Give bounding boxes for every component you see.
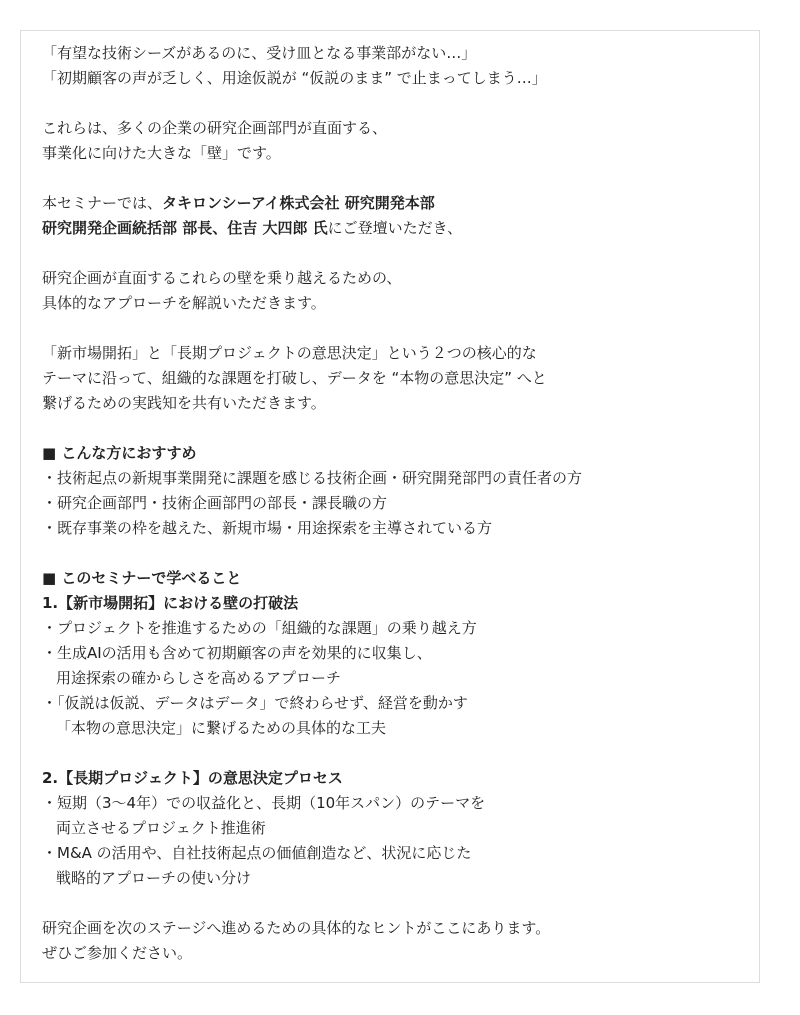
learn-section-1-line: ・プロジェクトを推進するための「組織的な課題」の乗り越え方 [42, 616, 749, 641]
spacer [42, 91, 749, 116]
audience-item: ・既存事業の枠を越えた、新規市場・用途探索を主導されている方 [42, 516, 749, 541]
audience-heading: ■ こんな方におすすめ [42, 441, 749, 466]
seminar-description-box: 「有望な技術シーズがあるのに、受け皿となる事業部がない…」 「初期顧客の声が乏し… [20, 30, 760, 983]
intro-paragraph-3-line-1: 研究企画が直面するこれらの壁を乗り越えるための、 [42, 266, 749, 291]
learn-section-2-line: ・M&A の活用や、自社技術起点の価値創造など、状況に応じた [42, 841, 749, 866]
learn-section-1-line: 「本物の意思決定」に繋げるための具体的な工夫 [42, 716, 749, 741]
learn-section-2-line: 戦略的アプローチの使い分け [42, 866, 749, 891]
speaker-name-title: 研究開発企画統括部 部長、住吉 大四郎 氏 [42, 219, 328, 237]
spacer [42, 416, 749, 441]
speaker-intro-line-2: 研究開発企画統括部 部長、住吉 大四郎 氏にご登壇いただき、 [42, 216, 749, 241]
intro-paragraph-4-line-3: 繋げるための実践知を共有いただきます。 [42, 391, 749, 416]
closing-line-1: 研究企画を次のステージへ進めるための具体的なヒントがここにあります。 [42, 916, 749, 941]
intro-quote-2: 「初期顧客の声が乏しく、用途仮説が “仮説のまま” で止まってしまう…」 [42, 66, 749, 91]
spacer [42, 316, 749, 341]
learn-section-1-title: 1.【新市場開拓】における壁の打破法 [42, 591, 749, 616]
learn-section-1-line: 用途探索の確からしさを高めるアプローチ [42, 666, 749, 691]
spacer [42, 166, 749, 191]
learn-section-2-line: ・短期（3〜4年）での収益化と、長期（10年スパン）のテーマを [42, 791, 749, 816]
learn-section-1-line: ・生成AIの活用も含めて初期顧客の声を効果的に収集し、 [42, 641, 749, 666]
learn-section-2-line: 両立させるプロジェクト推進術 [42, 816, 749, 841]
spacer [42, 741, 749, 766]
spacer [42, 891, 749, 916]
audience-item: ・技術起点の新規事業開発に課題を感じる技術企画・研究開発部門の責任者の方 [42, 466, 749, 491]
intro-paragraph-4-line-1: 「新市場開拓」と「長期プロジェクトの意思決定」という２つの核心的な [42, 341, 749, 366]
intro-quote-1: 「有望な技術シーズがあるのに、受け皿となる事業部がない…」 [42, 41, 749, 66]
intro-paragraph-1-line-2: 事業化に向けた大きな「壁」です。 [42, 141, 749, 166]
learn-section-2-title: 2.【長期プロジェクト】の意思決定プロセス [42, 766, 749, 791]
intro-paragraph-4-line-2: テーマに沿って、組織的な課題を打破し、データを “本物の意思決定” へと [42, 366, 749, 391]
closing-line-2: ぜひご参加ください。 [42, 941, 749, 966]
speaker-intro-line-1: 本セミナーでは、タキロンシーアイ株式会社 研究開発本部 [42, 191, 749, 216]
spacer [42, 541, 749, 566]
learn-heading: ■ このセミナーで学べること [42, 566, 749, 591]
spacer [42, 241, 749, 266]
learn-section-1-line: ・「仮説は仮説、データはデータ」で終わらせず、経営を動かす [42, 691, 749, 716]
speaker-intro-prefix: 本セミナーでは、 [42, 194, 162, 212]
intro-paragraph-1-line-1: これらは、多くの企業の研究企画部門が直面する、 [42, 116, 749, 141]
audience-item: ・研究企画部門・技術企画部門の部長・課長職の方 [42, 491, 749, 516]
speaker-intro-suffix: にご登壇いただき、 [328, 219, 462, 237]
seminar-description: 「有望な技術シーズがあるのに、受け皿となる事業部がない…」 「初期顧客の声が乏し… [42, 41, 749, 966]
intro-paragraph-3-line-2: 具体的なアプローチを解説いただきます。 [42, 291, 749, 316]
speaker-company: タキロンシーアイ株式会社 研究開発本部 [162, 194, 435, 212]
